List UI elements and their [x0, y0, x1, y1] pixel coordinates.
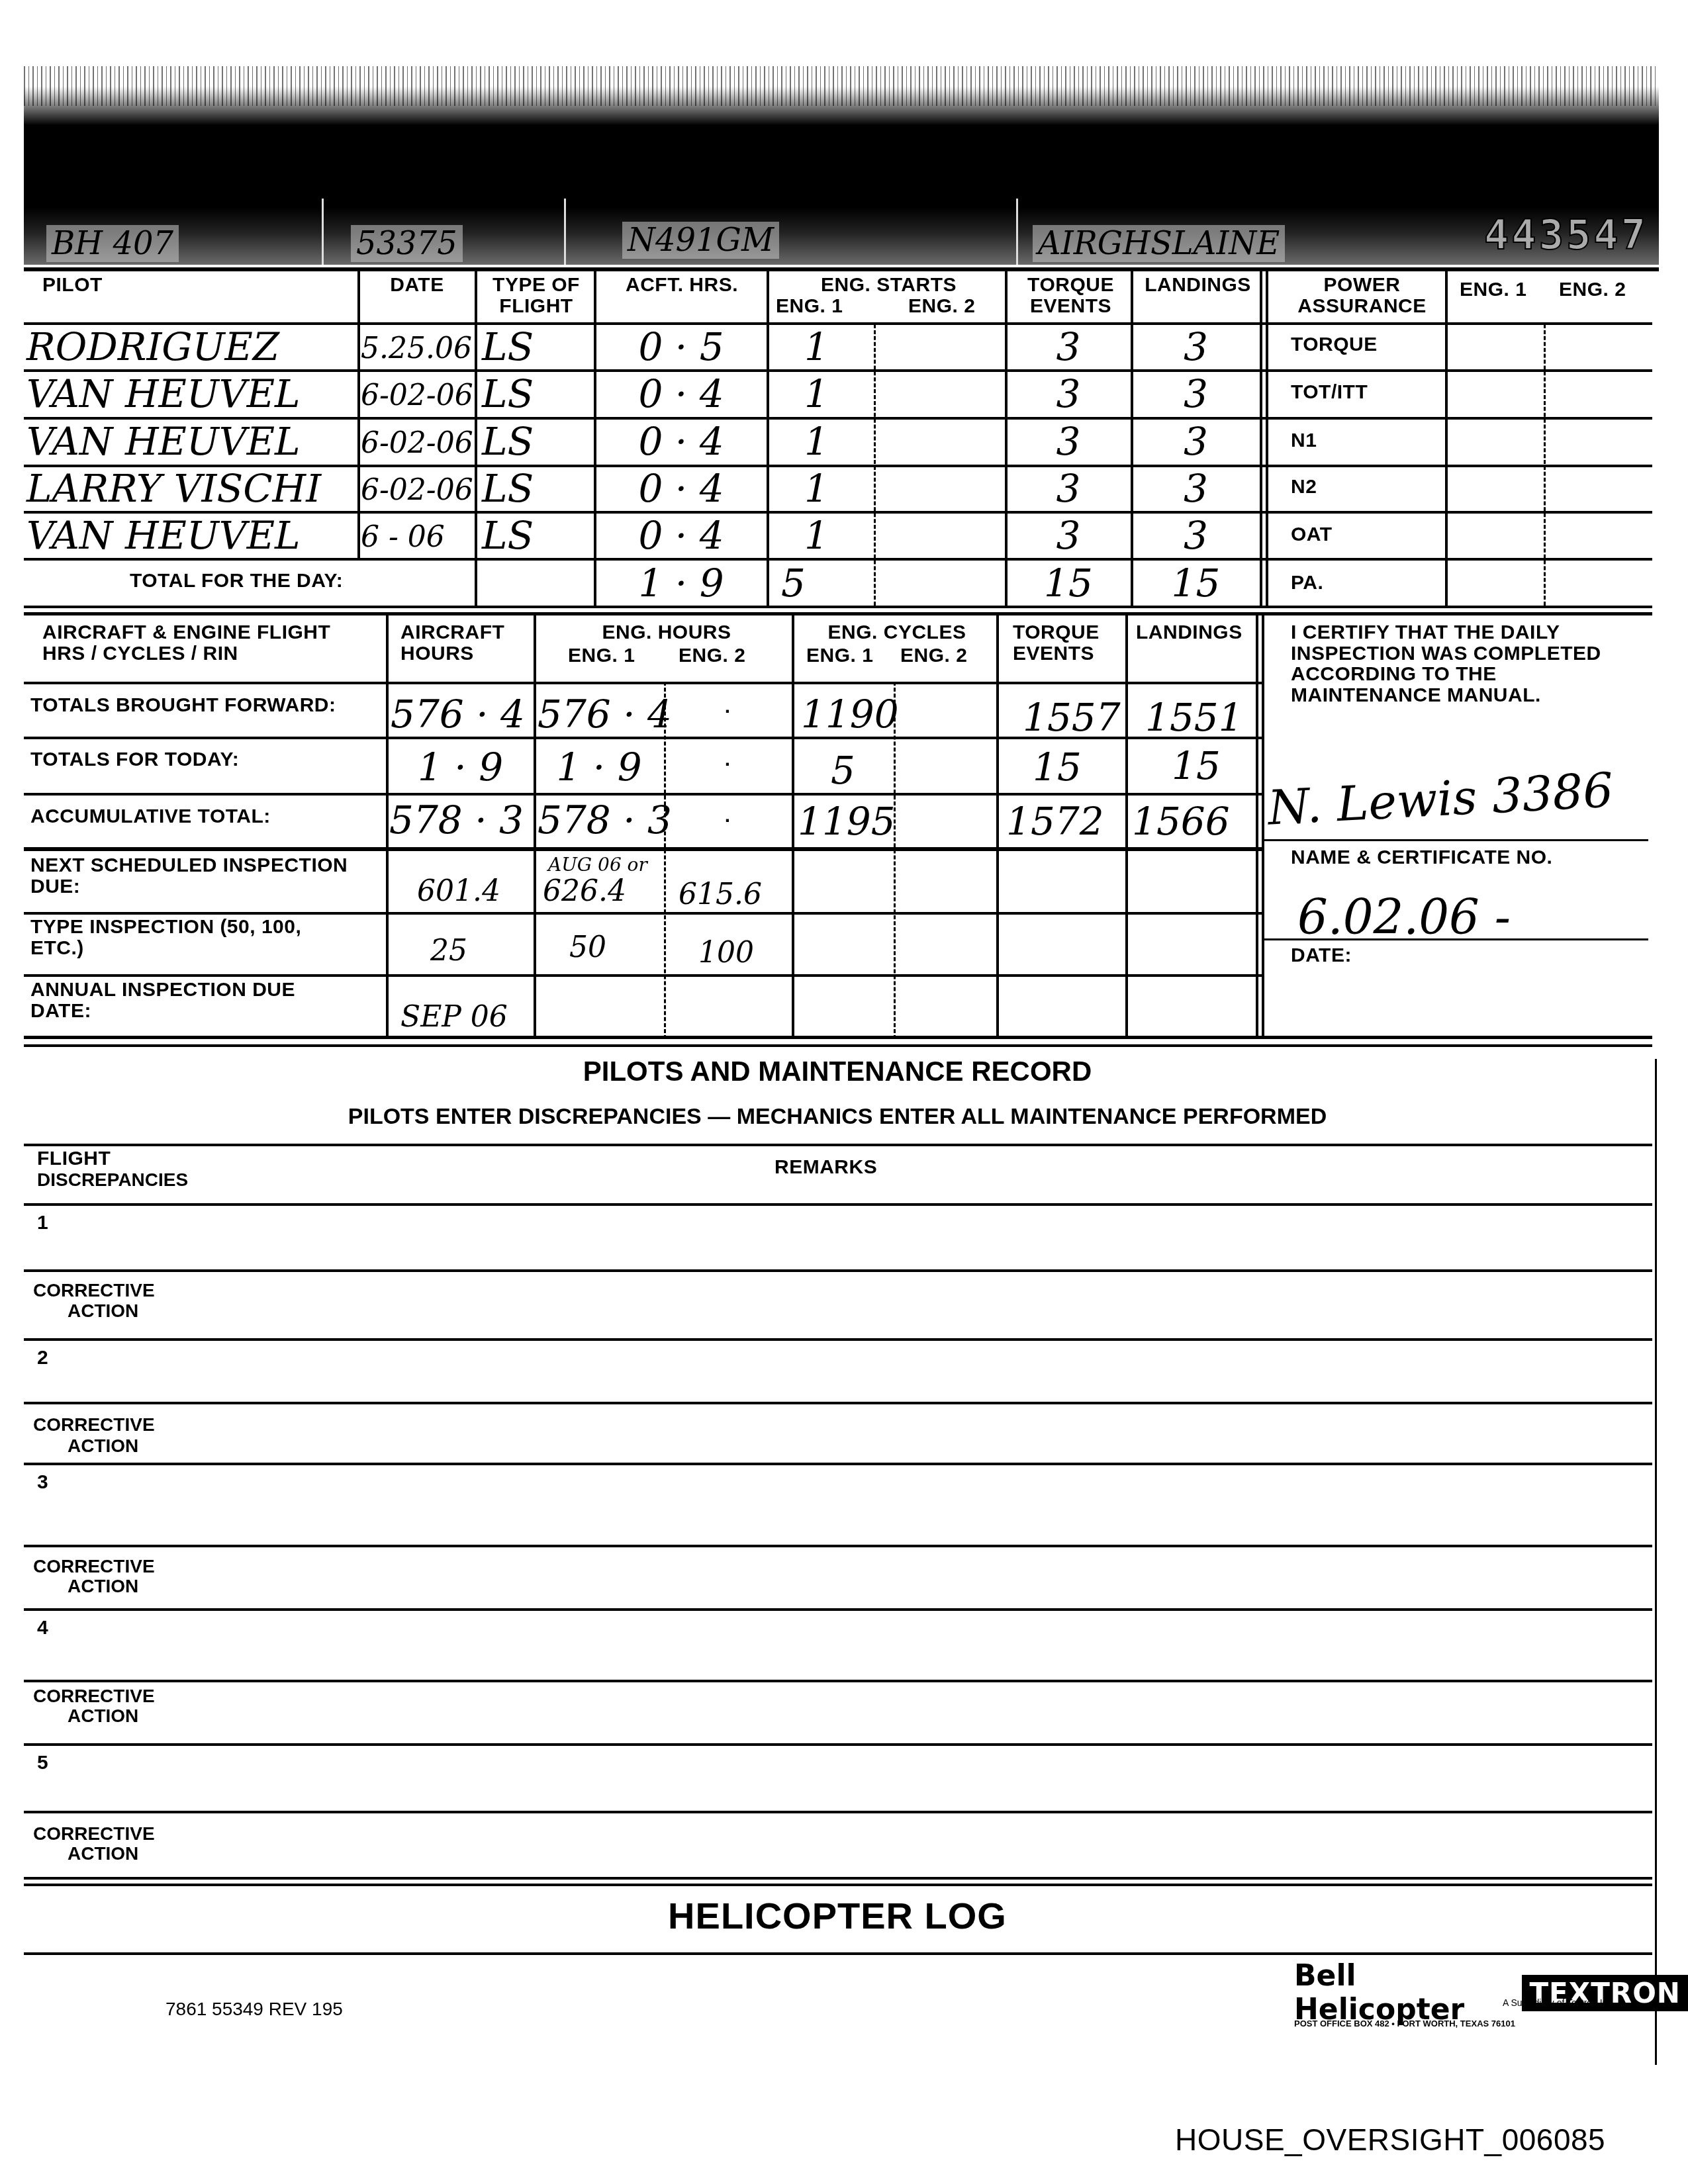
form-serial-number: 443547 — [1484, 210, 1648, 259]
col-eng-starts-eng2: ENG. 2 — [908, 296, 975, 317]
discrepancy-number: 2 — [37, 1347, 48, 1369]
landings: 3 — [1132, 422, 1260, 461]
signature-line — [1264, 839, 1648, 841]
name-certificate-label: NAME & CERTIFICATE NO. — [1291, 847, 1552, 868]
col-flight: FLIGHT — [37, 1148, 111, 1169]
pilot-name: VAN HEUVEL — [26, 422, 301, 461]
landings: 3 — [1132, 469, 1260, 508]
eng2-hours: 615.6 — [679, 880, 762, 909]
col-pa-eng1: ENG. 1 — [1460, 279, 1526, 300]
row-divider — [24, 974, 1262, 977]
eng1-hours-note: AUG 06 or — [548, 854, 647, 876]
col-torque-events-2: TORQUE EVENTS — [1013, 622, 1125, 664]
col-aircraft-hours: AIRCRAFT HOURS — [400, 622, 533, 664]
col-eng-starts: ENG. STARTS — [771, 275, 1006, 296]
corrective-label: CORRECTIVE — [33, 1824, 155, 1844]
col-divider — [1445, 271, 1448, 606]
eng1-starts: 1 — [804, 375, 829, 413]
form-number: 7861 55349 REV 195 — [165, 1999, 343, 2020]
certification-date-value: 6.02.06 - — [1297, 893, 1511, 941]
row-divider — [24, 606, 1652, 608]
band-divider — [322, 199, 324, 265]
subsidiary-note: A Subsidiary of Textron Inc — [1503, 1997, 1613, 2008]
landings: 1566 — [1132, 802, 1230, 841]
corrective-label: CORRECTIVE — [33, 1557, 155, 1577]
col-divider — [386, 615, 389, 1039]
footer-divider — [24, 1877, 1652, 1880]
col-divider — [792, 615, 794, 1039]
col-eng-starts-eng1: ENG. 1 — [776, 296, 843, 317]
corrective-action-field[interactable] — [199, 1406, 1642, 1466]
col-pilot: PILOT — [42, 275, 103, 296]
date-line — [1264, 938, 1648, 940]
col-eng-hours: ENG. HOURS — [538, 622, 796, 643]
landings: 15 — [1172, 747, 1221, 785]
section-bottom-2 — [24, 1044, 1652, 1047]
aircraft-hours: 25 — [430, 936, 467, 966]
eng2-hours: · — [665, 702, 791, 723]
col-divider — [767, 271, 769, 606]
flight-date: 5.25.06 — [361, 334, 472, 363]
corrective-action-field[interactable] — [199, 1684, 1642, 1741]
row-label: TOTALS FOR TODAY: — [30, 749, 239, 770]
header-band — [24, 86, 1659, 265]
aircraft-hours: 578 · 3 — [389, 801, 524, 839]
col-divider — [1125, 615, 1128, 1039]
torque-events: 1572 — [1006, 802, 1104, 841]
eng1-cycles: 1190 — [801, 695, 899, 733]
eng2-hours: 100 — [698, 938, 754, 968]
landings: 3 — [1132, 516, 1260, 555]
date-label: DATE: — [1291, 945, 1352, 966]
col-aircraft-engine: AIRCRAFT & ENGINE FLIGHT HRS / CYCLES / … — [42, 622, 353, 664]
type-of-flight: LS — [482, 516, 534, 555]
col-landings-2: LANDINGS — [1136, 622, 1243, 643]
flight-date: 6-02-06 — [361, 429, 473, 458]
row-divider — [24, 1203, 1652, 1206]
torque-events: 3 — [1006, 328, 1131, 366]
row-divider — [24, 558, 1652, 561]
eng1-starts: 1 — [804, 516, 829, 555]
aircraft-hours: SEP 06 — [400, 1003, 508, 1032]
pa-label-oat: OAT — [1291, 524, 1333, 545]
helicopter-log-title: HELICOPTER LOG — [0, 1894, 1675, 1937]
col-divider — [1266, 271, 1268, 606]
row-divider — [24, 1269, 1652, 1272]
discrepancy-number: 3 — [37, 1472, 48, 1493]
discrepancy-remark-field[interactable] — [199, 1749, 1642, 1805]
row-label: TOTALS BROUGHT FORWARD: — [30, 695, 336, 716]
col-divider — [1260, 271, 1262, 606]
band-divider — [1016, 199, 1018, 265]
maintenance-record-title: PILOTS AND MAINTENANCE RECORD — [0, 1056, 1675, 1087]
discrepancy-remark-field[interactable] — [199, 1208, 1642, 1264]
aircraft-model-value: BH 407 — [46, 225, 179, 262]
corrective-label: CORRECTIVE — [33, 1281, 155, 1301]
pilot-name: LARRY VISCHI — [26, 469, 321, 508]
pilot-name: RODRIGUEZ — [26, 328, 279, 366]
footer-divider-3 — [24, 1952, 1652, 1955]
section-divider — [24, 612, 1652, 615]
action-label: ACTION — [68, 1436, 138, 1457]
col-discrepancies: DISCREPANCIES — [37, 1170, 188, 1191]
landings: 3 — [1132, 375, 1260, 413]
torque-events: 3 — [1006, 516, 1131, 555]
bell-textron-logo: Bell Helicopter TEXTRON — [1294, 1959, 1688, 2026]
pilot-name: VAN HEUVEL — [26, 375, 301, 413]
row-divider — [24, 793, 1262, 796]
torque-events: 1557 — [1023, 698, 1121, 737]
col-eng-cycles: ENG. CYCLES — [794, 622, 1000, 643]
eng1-starts: 1 — [804, 469, 829, 508]
corrective-action-field[interactable] — [199, 1549, 1642, 1605]
owner-value: AIRGHSLAINE — [1033, 225, 1285, 262]
band-divider — [564, 199, 566, 265]
discrepancy-number: 4 — [37, 1617, 48, 1639]
eng1-hours: 50 — [569, 933, 606, 962]
action-label: ACTION — [68, 1844, 138, 1864]
total-eng1-starts: 5 — [781, 564, 806, 602]
acft-hrs: 0 · 5 — [596, 328, 767, 366]
eng1-hours: 1 · 9 — [536, 748, 662, 786]
pa-label-tot-itt: TOT/ITT — [1291, 382, 1368, 403]
acft-hrs: 0 · 4 — [596, 422, 767, 461]
corrective-label: CORRECTIVE — [33, 1686, 155, 1707]
col-eng-cycles-eng2: ENG. 2 — [900, 645, 967, 666]
col-divider — [996, 615, 999, 1039]
aircraft-hours: 601.4 — [417, 877, 500, 906]
row-divider — [24, 1144, 1652, 1146]
inspector-signature: N. Lewis 3386 — [1266, 762, 1615, 835]
aircraft-hours: 1 · 9 — [389, 748, 532, 786]
flight-date: 6-02-06 — [361, 381, 473, 410]
corrective-action-field[interactable] — [199, 1815, 1642, 1868]
eng1-hours: 626.4 — [543, 877, 626, 906]
total-acft-hrs: 1 · 9 — [596, 564, 767, 602]
registration-no-value: N491GM — [622, 222, 779, 259]
maintenance-record-subtitle: PILOTS ENTER DISCREPANCIES — MECHANICS E… — [0, 1104, 1675, 1130]
torque-events: 15 — [1033, 748, 1082, 786]
row-divider — [24, 1545, 1652, 1547]
pilot-name: VAN HEUVEL — [26, 516, 301, 555]
pa-label-torque: TORQUE — [1291, 334, 1378, 355]
pa-label-n1: N1 — [1291, 430, 1317, 451]
type-of-flight: LS — [482, 328, 534, 366]
eng1-cycles: 1195 — [798, 802, 896, 841]
type-of-flight: LS — [482, 469, 534, 508]
table-top-border — [24, 267, 1659, 271]
row-divider — [24, 1402, 1652, 1404]
corrective-label: CORRECTIVE — [33, 1415, 155, 1435]
col-divider — [1256, 615, 1258, 1039]
col-landings: LANDINGS — [1133, 275, 1262, 296]
col-acft-hrs: ACFT. HRS. — [596, 275, 768, 296]
col-type-of-flight: TYPE OF FLIGHT — [480, 275, 592, 316]
col-eng-hours-eng1: ENG. 1 — [568, 645, 635, 666]
footer-divider-2 — [24, 1884, 1652, 1886]
row-label: TYPE INSPECTION (50, 100, ETC.) — [30, 917, 348, 958]
col-divider — [357, 271, 360, 559]
acft-hrs: 0 · 4 — [596, 375, 767, 413]
row-divider — [24, 1608, 1652, 1611]
corrective-action-field[interactable] — [199, 1274, 1642, 1334]
bates-number: HOUSE_OVERSIGHT_006085 — [1175, 2122, 1605, 2158]
col-eng-hours-eng2: ENG. 2 — [679, 645, 745, 666]
row-label: ANNUAL INSPECTION DUE DATE: — [30, 979, 348, 1021]
eng1-hours: 578 · 3 — [538, 801, 672, 839]
discrepancy-remark-field[interactable] — [199, 1614, 1642, 1670]
col-pa-eng2: ENG. 2 — [1559, 279, 1626, 300]
section-bottom — [24, 1036, 1652, 1039]
type-of-flight: LS — [482, 375, 534, 413]
col-torque-events: TORQUE EVENTS — [1009, 275, 1132, 316]
eng2-hours: · — [665, 754, 791, 776]
action-label: ACTION — [68, 1576, 138, 1597]
certification-statement: I CERTIFY THAT THE DAILY INSPECTION WAS … — [1291, 622, 1648, 705]
row-divider — [24, 1811, 1652, 1813]
col-power-assurance: POWER ASSURANCE — [1271, 275, 1453, 316]
col-remarks: REMARKS — [774, 1157, 877, 1178]
eng1-hours: 576 · 4 — [538, 695, 672, 733]
flight-date: 6 - 06 — [361, 523, 445, 552]
row-label: NEXT SCHEDULED INSPECTION DUE: — [30, 855, 348, 897]
discrepancy-number: 5 — [37, 1752, 48, 1774]
row-divider — [24, 912, 1262, 915]
row-divider — [24, 1680, 1652, 1682]
eng1-starts: 1 — [804, 422, 829, 461]
row-label: ACCUMULATIVE TOTAL: — [30, 806, 271, 827]
total-landings: 15 — [1132, 564, 1260, 602]
flight-date: 6-02-06 — [361, 476, 473, 505]
total-torque-events: 15 — [1006, 564, 1131, 602]
pa-label-n2: N2 — [1291, 477, 1317, 498]
col-eng-cycles-eng1: ENG. 1 — [806, 645, 873, 666]
landings: 3 — [1132, 328, 1260, 366]
row-divider — [24, 682, 1262, 684]
row-divider — [24, 1743, 1652, 1746]
eng1-cycles: 5 — [831, 751, 855, 790]
torque-events: 3 — [1006, 422, 1131, 461]
eng1-starts: 1 — [804, 328, 829, 366]
serial-no-value: 53375 — [351, 225, 463, 262]
row-divider — [24, 847, 1262, 851]
pa-label-pa: PA. — [1291, 572, 1323, 594]
discrepancy-number: 1 — [37, 1212, 48, 1234]
action-label: ACTION — [68, 1706, 138, 1727]
col-dash-divider — [1544, 324, 1546, 606]
total-for-the-day-label: TOTAL FOR THE DAY: — [130, 570, 343, 592]
brand-name: Bell Helicopter — [1294, 1959, 1518, 2026]
col-divider — [534, 615, 536, 1039]
eng2-hours: · — [665, 811, 791, 832]
torque-events: 3 — [1006, 375, 1131, 413]
col-divider — [475, 271, 477, 606]
torque-events: 3 — [1006, 469, 1131, 508]
aircraft-hours: 576 · 4 — [391, 695, 525, 733]
type-of-flight: LS — [482, 422, 534, 461]
landings: 1551 — [1145, 698, 1243, 737]
row-divider — [24, 1338, 1652, 1341]
action-label: ACTION — [68, 1301, 138, 1322]
discrepancy-remark-field[interactable] — [199, 1343, 1642, 1396]
col-date: DATE — [357, 275, 477, 296]
discrepancy-remark-field[interactable] — [199, 1468, 1642, 1521]
col-dash-divider — [874, 324, 876, 606]
company-address: POST OFFICE BOX 482 • FORT WORTH, TEXAS … — [1294, 2019, 1515, 2028]
acft-hrs: 0 · 4 — [596, 516, 767, 555]
col-divider — [1262, 615, 1264, 1039]
row-divider — [24, 1463, 1652, 1465]
acft-hrs: 0 · 4 — [596, 469, 767, 508]
